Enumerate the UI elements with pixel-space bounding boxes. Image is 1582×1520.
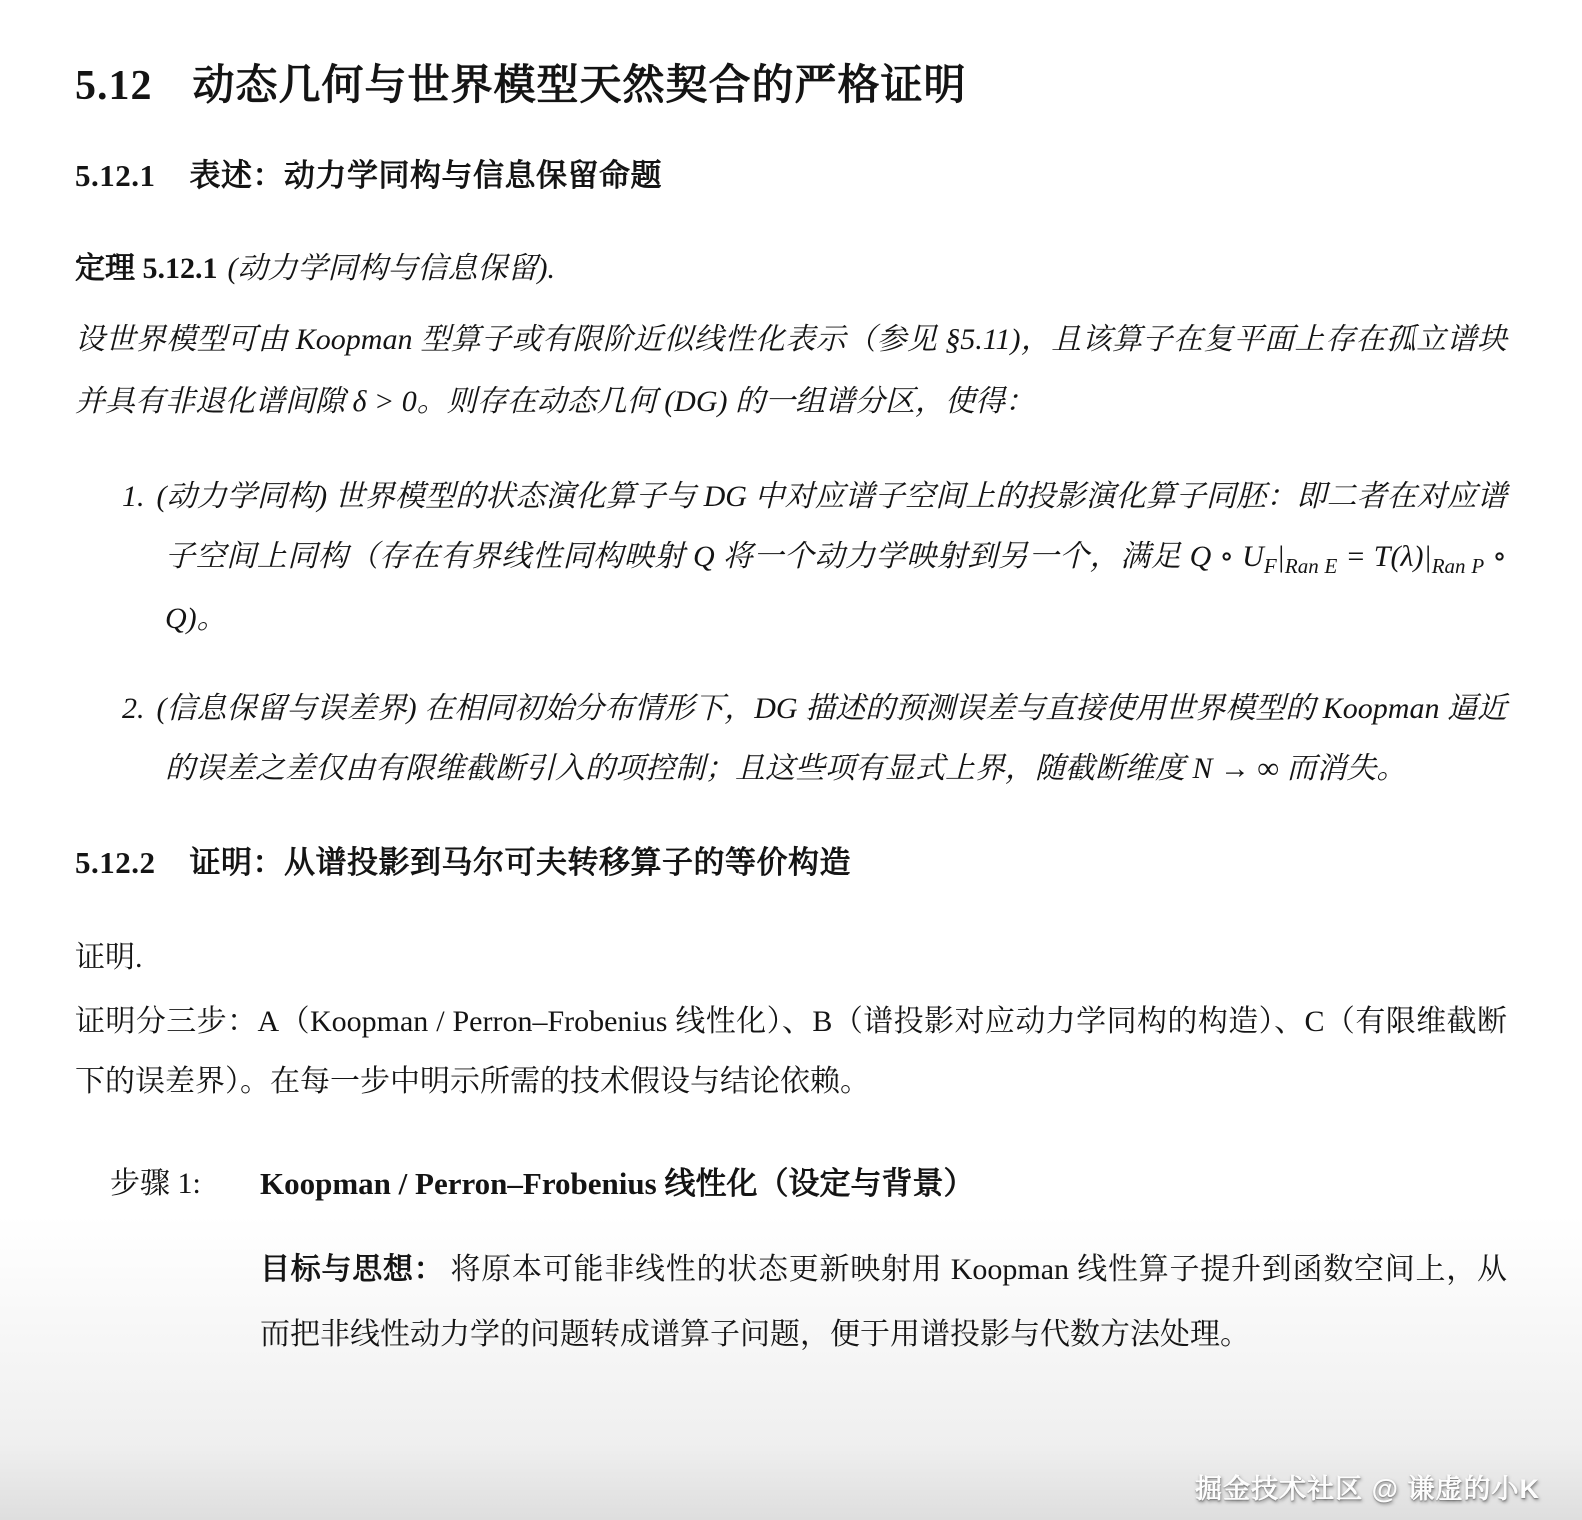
item-1-number: 1. xyxy=(122,480,145,513)
subsection-proof-heading: 5.12.2证明：从谱投影到马尔可夫转移算子的等价构造 xyxy=(75,837,1507,882)
document-page: 5.12动态几何与世界模型天然契合的严格证明 5.12.1表述：动力学同构与信息… xyxy=(0,0,1582,1367)
goal-text: 将原本可能非线性的状态更新映射用 Koopman 线性算子提升到函数空间上，从而… xyxy=(260,1253,1507,1351)
theorem-intro: 设世界模型可由 Koopman 型算子或有限阶近似线性化表示（参见 §5.11)… xyxy=(75,309,1507,433)
section-number: 5.12 xyxy=(75,63,153,109)
theorem-heading: 定理 5.12.1(动力学同构与信息保留). xyxy=(75,243,1507,287)
step-1-label: 步骤 1: xyxy=(110,1158,201,1202)
section-title: 动态几何与世界模型天然契合的严格证明 xyxy=(193,61,967,108)
step-1-title: Koopman / Perron–Frobenius 线性化（设定与背景） xyxy=(260,1166,974,1201)
subsection-statement-title: 表述：动力学同构与信息保留命题 xyxy=(190,158,663,193)
subsection-proof-number: 5.12.2 xyxy=(75,845,156,880)
goal-label: 目标与思想： xyxy=(260,1253,445,1286)
proof-step-1: 步骤 1: Koopman / Perron–Frobenius 线性化（设定与… xyxy=(75,1158,1507,1367)
theorem-item-2: 2.(信息保留与误差界) 在相同初始分布情形下，DG 描述的预测误差与直接使用世… xyxy=(75,679,1507,799)
subsection-proof-title: 证明：从谱投影到马尔可夫转移算子的等价构造 xyxy=(190,845,852,880)
theorem-item-list: 1.(动力学同构) 世界模型的状态演化算子与 DG 中对应谱子空间上的投影演化算… xyxy=(75,467,1507,799)
watermark: 掘金技术社区 @ 谦虚的小K xyxy=(1195,1467,1540,1506)
item-2-number: 2. xyxy=(122,692,145,725)
theorem-name: (动力学同构与信息保留). xyxy=(228,252,555,285)
subsection-statement-number: 5.12.1 xyxy=(75,158,156,193)
subsection-statement-heading: 5.12.1表述：动力学同构与信息保留命题 xyxy=(75,150,1507,195)
step-1-goal: 目标与思想：将原本可能非线性的状态更新映射用 Koopman 线性算子提升到函数… xyxy=(260,1237,1507,1367)
theorem-label: 定理 5.12.1 xyxy=(75,252,218,285)
proof-label: 证明. xyxy=(75,932,1507,976)
section-heading: 5.12动态几何与世界模型天然契合的严格证明 xyxy=(75,52,1507,112)
item-2-text: (信息保留与误差界) 在相同初始分布情形下，DG 描述的预测误差与直接使用世界模… xyxy=(157,692,1508,785)
theorem-item-1: 1.(动力学同构) 世界模型的状态演化算子与 DG 中对应谱子空间上的投影演化算… xyxy=(75,467,1507,649)
proof-overview: 证明分三步：A（Koopman / Perron–Frobenius 线性化）、… xyxy=(75,992,1507,1112)
